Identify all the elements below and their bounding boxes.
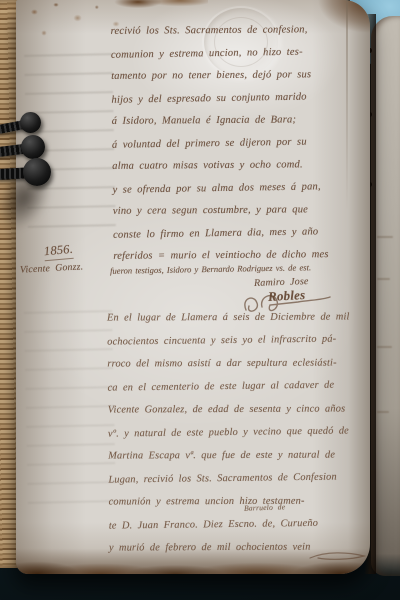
entry-line: ca en el cementerio de este lugar al cad… [107, 373, 350, 399]
show-through-text [24, 299, 117, 521]
interlinear-insertion: Barruelo de [244, 502, 285, 512]
facing-page-ghost-text [377, 278, 390, 280]
entry-line: En el lugar de Llamera á seis de Diciemb… [107, 305, 350, 329]
entry-line: Vicente Gonzalez, de edad de sesenta y c… [108, 397, 351, 421]
entry-line: Lugan, recivió los Sts. Sacramentos de C… [108, 465, 351, 491]
manuscript-photo: recivió los Sts. Sacramentos de confesio… [0, 0, 400, 600]
witness-line: fueron testigos, Isidoro y Bernardo Rodr… [110, 262, 311, 276]
entry-line: y se ofrenda por su alma dos meses á pan… [112, 176, 328, 202]
facing-page-ghost-text [377, 236, 393, 238]
entry-line: te D. Juan Franco. Diez Escno. de, Curue… [109, 511, 352, 537]
facing-page-ghost-text [377, 411, 389, 413]
entry-line: vº. y natural de este pueblo y vecino qu… [108, 419, 351, 445]
press-peg-knob [21, 135, 45, 159]
manuscript-page: recivió los Sts. Sacramentos de confesio… [16, 0, 370, 574]
margin-year: 1856. [43, 242, 73, 261]
entry-line: tamento por no tener bienes, dejó por su… [111, 64, 326, 88]
entry-line: alma cuatro misas votivas y ocho comd. [112, 154, 327, 178]
entry-line: á voluntad del primero se dijeron por su [112, 131, 328, 157]
paper-crease [346, 0, 348, 210]
entry-line: á Isidoro, Manuela é Ignacia de Bara; [112, 109, 327, 133]
entry-line: comunión y estrema uncion hizo testamen- [109, 489, 352, 513]
press-peg-knob [20, 112, 41, 133]
entry-line: rroco del mismo asistí a dar sepultura e… [107, 351, 350, 375]
bottom-edge-burn [16, 542, 370, 574]
entry-2-text: En el lugar de Llamera á seis de Diciemb… [107, 305, 352, 560]
entry-line: vino y cera segun costumbre, y para que [113, 199, 328, 223]
entry-line: conste lo firmo en Llamera dia, mes y añ… [113, 221, 329, 247]
margin-deceased-name: Vicente Gonzz. [20, 261, 84, 275]
facing-page-ghost-text [377, 346, 392, 348]
press-peg-knob [23, 158, 51, 186]
entry-line: recivió los Sts. Sacramentos de confesio… [111, 19, 326, 43]
entry-line: comunion y estrema uncion, no hizo tes- [111, 41, 327, 67]
entry-line: Martina Escapa vª. que fue de este y nat… [108, 443, 351, 467]
entry-line: hijos y del espresado su conjunto marido [111, 86, 327, 112]
entry-1-text: recivió los Sts. Sacramentos de confesio… [110, 19, 328, 269]
entry-line: ochocientos cincuenta y seis yo el infra… [107, 327, 350, 353]
